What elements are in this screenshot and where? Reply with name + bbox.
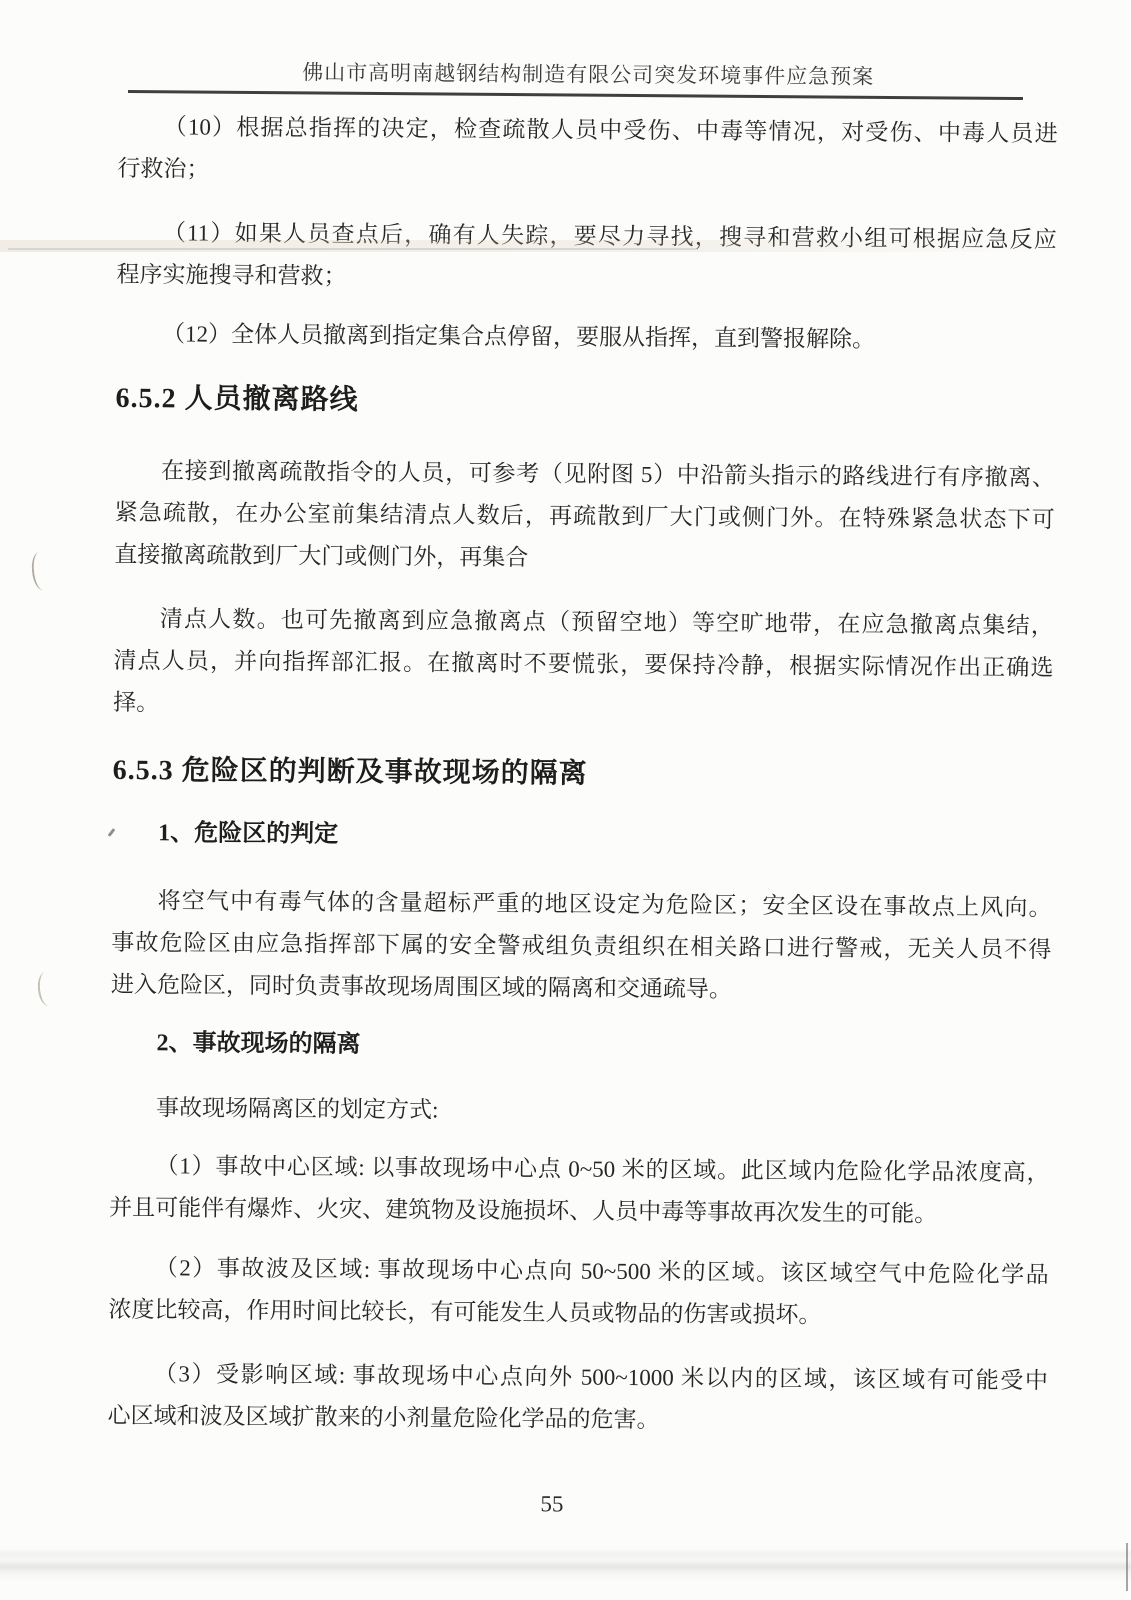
paragraph-zone-center: （1）事故中心区域: 以事故现场中心点 0~50 米的区域。此区域内危险化学品浓… xyxy=(109,1145,1050,1236)
paragraph-danger-zone: 将空气中有毒气体的含量超标严重的地区设定为危险区；安全区设在事故点上风向。事故危… xyxy=(111,880,1052,1013)
document-page: 佛山市高明南越钢结构制造有限公司突发环境事件应急预案 （10）根据总指挥的决定，… xyxy=(0,0,1131,1600)
text-line: 直接撤离疏散到厂大门或侧门外，再集合 xyxy=(114,534,1054,583)
text-line: （1）事故中心区域: 以事故现场中心点 0~50 米的区域。此区域内危险化学品浓… xyxy=(109,1145,1049,1194)
text-line: （2）事故波及区域: 事故现场中心点向 50~500 米的区域。该区域空气中危险… xyxy=(109,1247,1049,1296)
scan-edge-line-artifact xyxy=(1126,1543,1128,1591)
section-heading-6-5-3: 6.5.3 危险区的判断及事故现场的隔离 xyxy=(113,753,1053,796)
paragraph-zone-spread: （2）事故波及区域: 事故现场中心点向 50~500 米的区域。该区域空气中危险… xyxy=(108,1247,1049,1338)
document-header-title: 佛山市高明南越钢结构制造有限公司突发环境事件应急预案 xyxy=(118,56,1058,93)
subheading-scene-isolation: 2、事故现场的隔离 xyxy=(110,1027,1050,1066)
text-line: 行救治； xyxy=(117,148,1057,197)
text-line: 在接到撤离疏散指令的人员，可参考（见附图 5）中沿箭头指示的路线进行有序撤离、 xyxy=(115,450,1055,499)
section-heading-6-5-2: 6.5.2 人员撤离路线 xyxy=(115,381,1055,424)
paragraph-evacuation-route-1: 在接到撤离疏散指令的人员，可参考（见附图 5）中沿箭头指示的路线进行有序撤离、紧… xyxy=(114,450,1055,583)
paragraph-zone-affected: （3）受影响区域: 事故现场中心点向外 500~1000 米以内的区域，该区域有… xyxy=(107,1353,1048,1444)
paragraph-evacuation-route-2: 清点人数。也可先撤离到应急撤离点（预留空地）等空旷地带，在应急撤离点集结，清点人… xyxy=(113,598,1054,731)
text-line: 事故现场隔离区的划定方式: xyxy=(110,1087,1050,1136)
paragraph-item-12: （12）全体人员撤离到指定集合点停留，要服从指挥，直到警报解除。 xyxy=(116,313,1056,362)
page-number: 55 xyxy=(107,1488,997,1521)
paragraph-item-10: （10）根据总指挥的决定，检查疏散人员中受伤、中毒等情况，对受伤、中毒人员进行救… xyxy=(117,106,1058,197)
text-line: 程序实施搜寻和营救； xyxy=(116,254,1056,303)
text-line: 进入危险区，同时负责事故现场周围区域的隔离和交通疏导。 xyxy=(111,964,1051,1013)
page-body: 佛山市高明南越钢结构制造有限公司突发环境事件应急预案 （10）根据总指挥的决定，… xyxy=(0,0,1131,1600)
text-line: 清点人员，并向指挥部汇报。在撤离时不要慌张，要保持冷静，根据实际情况作出正确选 xyxy=(113,640,1053,689)
paragraph-isolation-intro: 事故现场隔离区的划定方式: xyxy=(110,1087,1050,1136)
text-line: （3）受影响区域: 事故现场中心点向外 500~1000 米以内的区域，该区域有… xyxy=(108,1353,1048,1402)
subheading-danger-zone-determination: 1、危险区的判定 xyxy=(112,817,1052,856)
text-line: （10）根据总指挥的决定，检查疏散人员中受伤、中毒等情况，对受伤、中毒人员进 xyxy=(118,106,1058,155)
text-line: 并且可能伴有爆炸、火灾、建筑物及设施损坏、人员中毒等事故再次发生的可能。 xyxy=(109,1187,1049,1236)
text-line: （12）全体人员撤离到指定集合点停留，要服从指挥，直到警报解除。 xyxy=(116,313,1056,362)
text-line: （11）如果人员查点后，确有人失踪，要尽力寻找，搜寻和营救小组可根据应急反应 xyxy=(117,212,1057,261)
document-content: （10）根据总指挥的决定，检查疏散人员中受伤、中毒等情况，对受伤、中毒人员进行救… xyxy=(107,106,1057,1444)
paragraph-item-11: （11）如果人员查点后，确有人失踪，要尽力寻找，搜寻和营救小组可根据应急反应程序… xyxy=(116,212,1057,303)
text-line: 心区域和波及区域扩散来的小剂量危险化学品的危害。 xyxy=(107,1395,1047,1444)
text-line: 紧急疏散，在办公室前集结清点人数后，再疏散到厂大门或侧门外。在特殊紧急状态下可 xyxy=(115,492,1055,541)
text-line: 将空气中有毒气体的含量超标严重的地区设定为危险区；安全区设在事故点上风向。 xyxy=(111,880,1051,929)
text-line: 择。 xyxy=(113,682,1053,731)
text-line: 清点人数。也可先撤离到应急撤离点（预留空地）等空旷地带，在应急撤离点集结， xyxy=(114,598,1054,647)
text-line: 事故危险区由应急指挥部下属的安全警戒组负责组织在相关路口进行警戒，无关人员不得 xyxy=(111,922,1051,971)
text-line: 浓度比较高，作用时间比较长，有可能发生人员或物品的伤害或损坏。 xyxy=(108,1289,1048,1338)
